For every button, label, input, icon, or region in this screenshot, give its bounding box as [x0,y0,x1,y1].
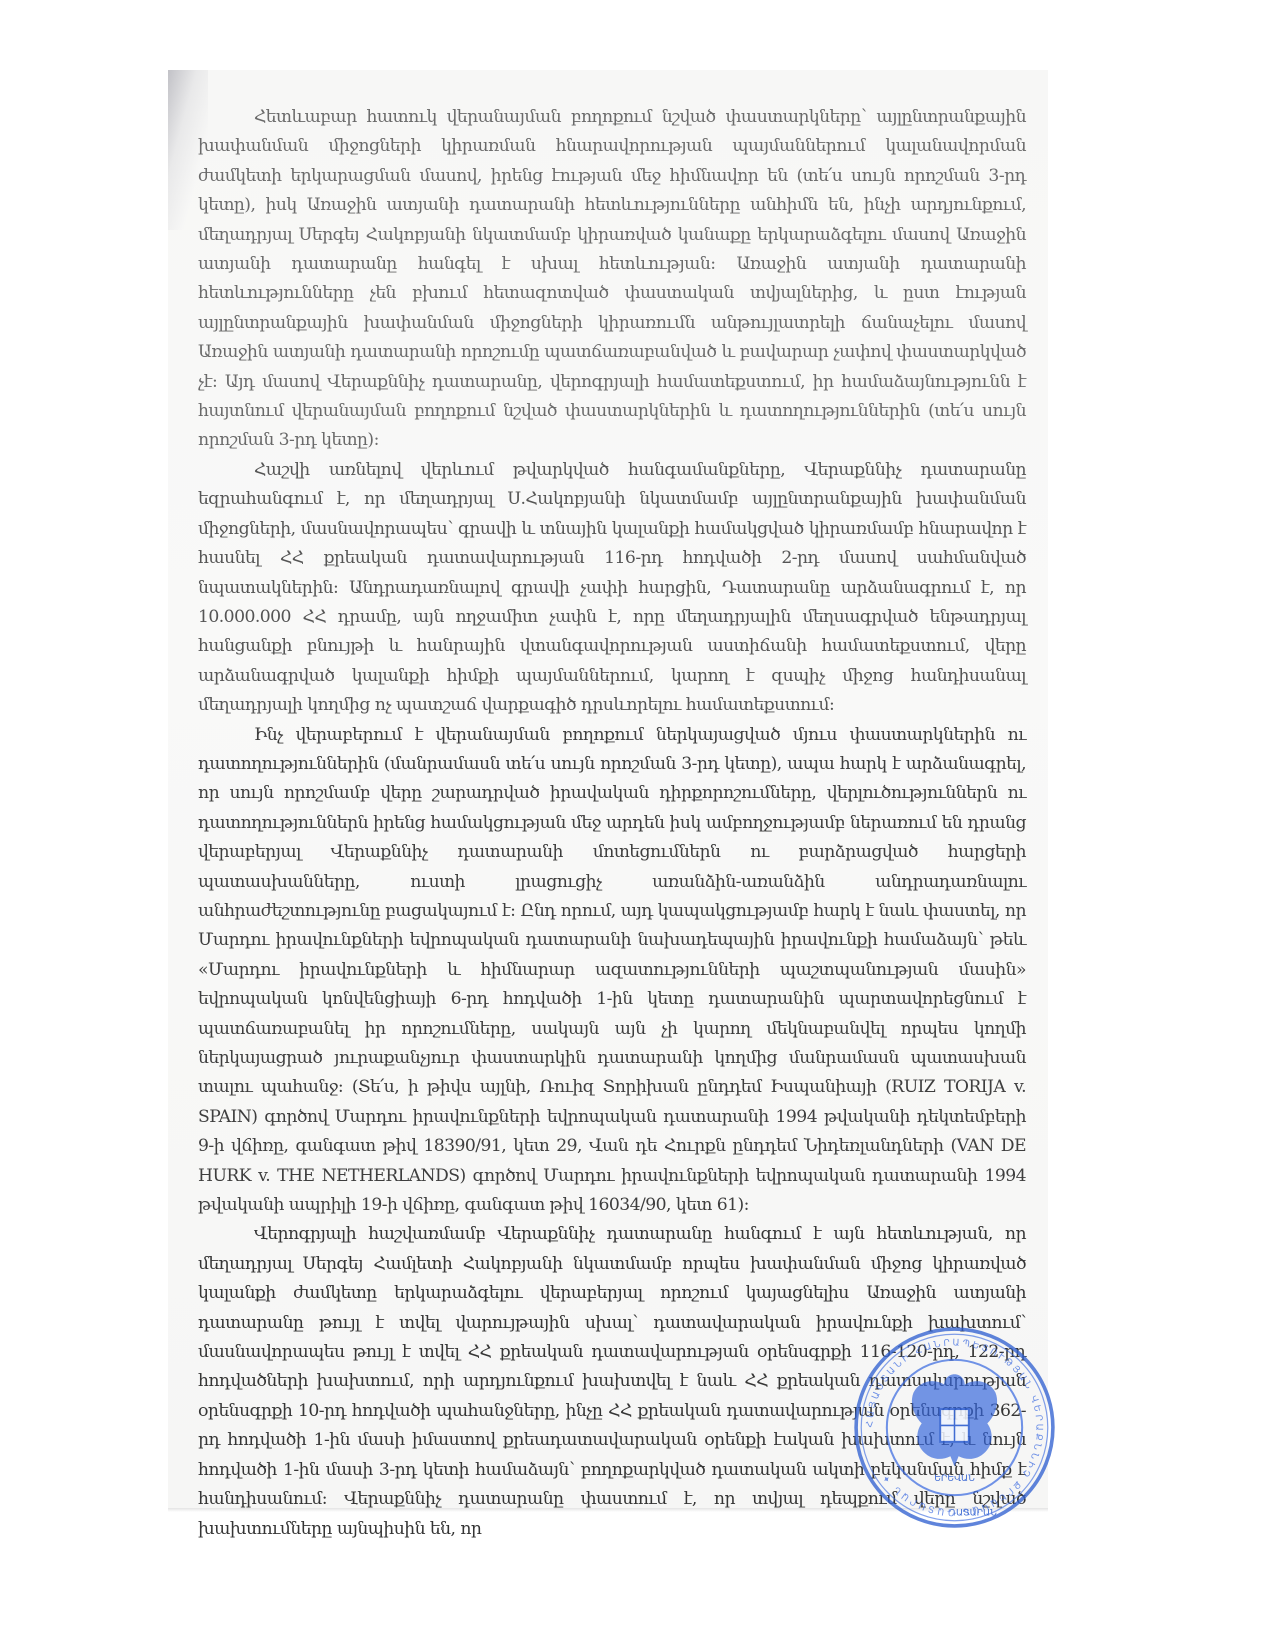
paragraph-alternative-measures: Հաշվի առնելով վերևում թվարկված հանգամանք… [198,456,1026,721]
svg-text:ԴԱՏԱՐԱՆ: ԴԱՏԱՐԱՆ [949,1508,997,1519]
paragraph-conclusion-first-instance: Հետևաբար հատուկ վերանայման բողոքում նշվա… [198,103,1026,456]
official-seal-stamp-icon: ՀԱՅԱՍՏԱՆԻ ՀԱՆՐԱՊԵՏՈՒԹՅԱՆ ՎԵՐԱՔՆՆԻՉ ՔՐԵԱԿ… [852,1325,1057,1530]
paragraph-echr-reasoning: Ինչ վերաբերում է վերանայման բողոքում ներ… [198,721,1026,1221]
scan-speck [441,1527,443,1530]
svg-text:ԵՐԵՎԱՆ: ԵՐԵՎԱՆ [934,1473,975,1484]
